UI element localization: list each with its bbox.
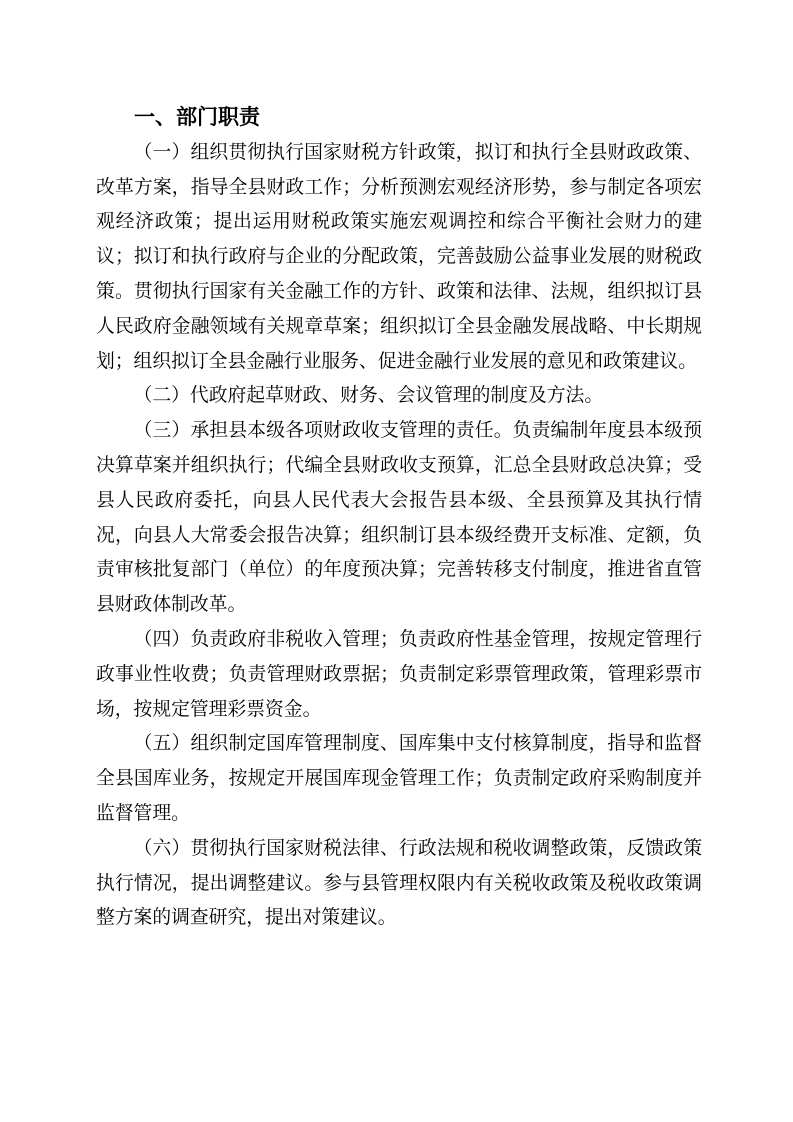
- paragraph-duty-6: （六）贯彻执行国家财税法律、行政法规和税收调整政策，反馈政策执行情况，提出调整建…: [96, 832, 702, 936]
- document-title: 一、部门职责: [96, 101, 702, 136]
- paragraph-duty-1: （一）组织贯彻执行国家财税方针政策，拟订和执行全县财政政策、改革方案，指导全县财…: [96, 136, 702, 380]
- paragraph-duty-3: （三）承担县本级各项财政收支管理的责任。负责编制年度县本级预决算草案并组织执行；…: [96, 414, 702, 623]
- paragraph-duty-4: （四）负责政府非税收入管理；负责政府性基金管理，按规定管理行政事业性收费；负责管…: [96, 623, 702, 727]
- paragraph-duty-5: （五）组织制定国库管理制度、国库集中支付核算制度，指导和监督全县国库业务，按规定…: [96, 727, 702, 831]
- paragraph-duty-2: （二）代政府起草财政、财务、会议管理的制度及方法。: [96, 379, 702, 414]
- document-page: 一、部门职责 （一）组织贯彻执行国家财税方针政策，拟订和执行全县财政政策、改革方…: [0, 0, 793, 1122]
